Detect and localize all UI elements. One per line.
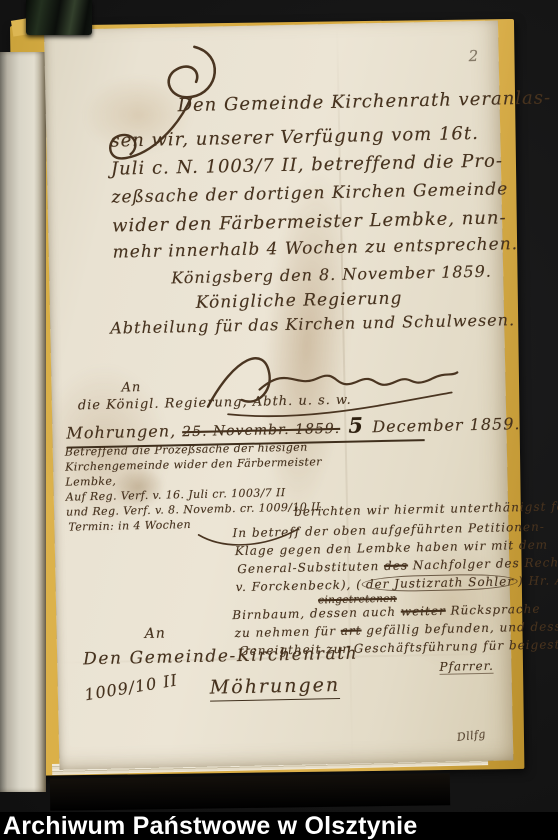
place-text: Möhrungen (210, 674, 341, 702)
struck-word: des (384, 558, 408, 572)
book-bottom-edge (50, 773, 450, 811)
date-place: Mohrungen, (66, 421, 182, 442)
letter-department: Abtheilung für das Kirchen und Schulwese… (110, 312, 515, 336)
report-line: zu nehmen für art gefällig befunden, und… (235, 619, 558, 640)
facing-page-edge (0, 52, 46, 792)
circled-name: der Justizrath Sohler (362, 573, 518, 592)
docket-number: 1009/10 II (83, 670, 179, 704)
report-text: gefällig befunden, und dessen (361, 619, 558, 638)
signature-flourish (199, 339, 466, 425)
archivist-initials: Dllfg (456, 727, 486, 744)
report-line: Birnbaum, dessen auch weiter Rücksprache (232, 602, 541, 622)
letter-line: mehr innerhalb 4 Wochen zu entsprechen. (113, 236, 519, 261)
report-text: v. Forckenbeck), ( (236, 577, 362, 594)
letter-line: Den Gemeinde Kirchenrath veranlas- (177, 89, 551, 115)
subject-line: Lembke, (65, 475, 116, 491)
archive-caption: Archiwum Państwowe w Olsztynie (0, 812, 417, 840)
letter-line: zeßsache der dortigen Kirchen Gemeinde (111, 181, 508, 206)
report-signoff: Pfarrer. (439, 659, 494, 674)
book-clasp (26, 0, 92, 35)
archive-caption-band: Archiwum Państwowe w Olsztynie (0, 812, 558, 840)
manuscript-page: 2 Den Gemeinde Kirchenrath veranlas- sen… (44, 20, 513, 769)
report-text: Nachfolger des Rechtsanwalts (408, 554, 558, 573)
footer-place: Möhrungen (210, 674, 341, 699)
report-line: v. Forckenbeck), (der Justizrath Sohler)… (236, 572, 558, 594)
subject-term-line: Termin: in 4 Wochen (68, 518, 191, 535)
report-text: zu nehmen für (235, 624, 341, 640)
address-salutation: An (121, 380, 141, 395)
footer-recipient: Den Gemeinde-Kirchenrath (83, 644, 358, 670)
struck-date: 25. Novembr. 1859. (182, 421, 340, 440)
letter-sender: Königliche Regierung (196, 291, 403, 312)
report-text: ) Hr. Assessor (518, 572, 558, 588)
struck-word: weiter (401, 604, 446, 619)
letter-dateline: Königsberg den 8. November 1859. (171, 264, 492, 287)
letter-line: wider den Färbermeister Lembke, nun- (112, 209, 507, 235)
report-text: General-Substituten (237, 559, 384, 576)
corrected-day: 5 (340, 412, 373, 438)
corrected-date: December 1859. (372, 414, 521, 436)
struck-word: art (341, 623, 362, 637)
report-text: Birnbaum, dessen auch (232, 605, 401, 623)
page-number: 2 (468, 47, 478, 65)
letter-line: sen wir, unserer Verfügung vom 16t. (110, 125, 479, 151)
footer-salutation: An (145, 626, 166, 642)
photo-stage: 2 Den Gemeinde Kirchenrath veranlas- sen… (0, 0, 558, 840)
signoff-text: Pfarrer. (439, 659, 494, 675)
report-text: Rücksprache (446, 602, 541, 618)
